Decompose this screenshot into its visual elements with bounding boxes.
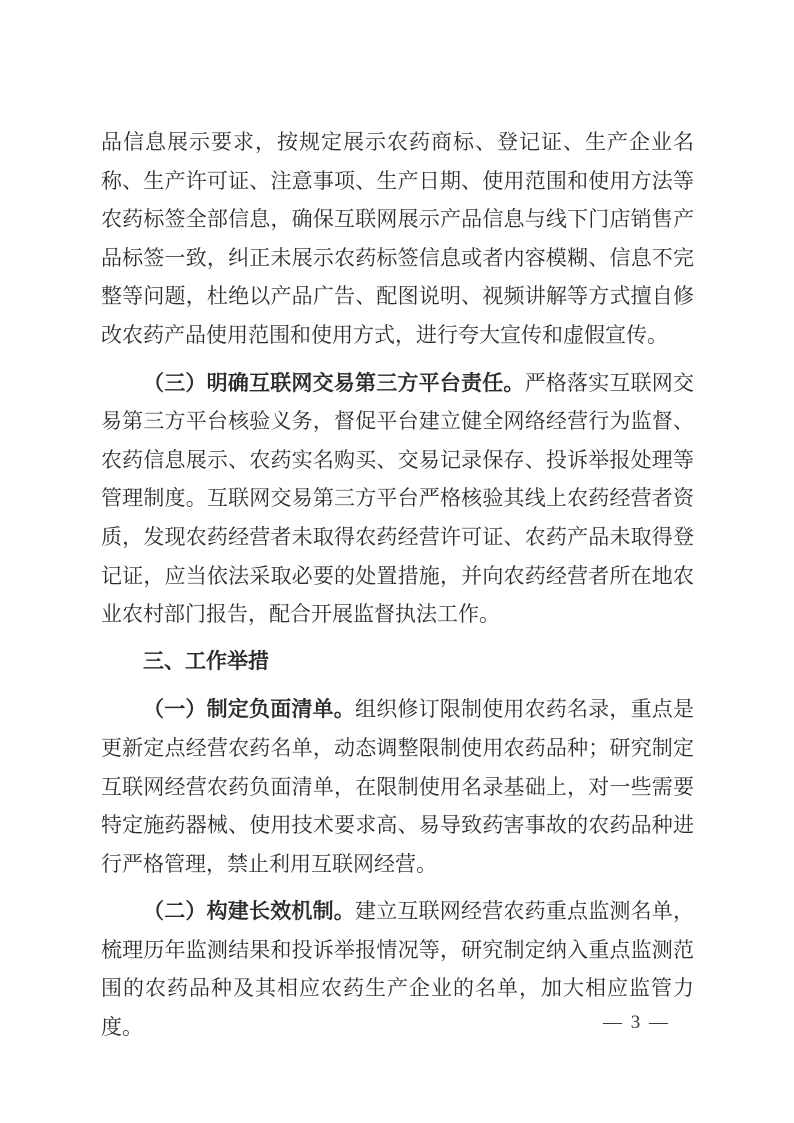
paragraph-lead: （二）构建长效机制。 — [143, 899, 355, 923]
paragraph-item-1: （一）制定负面清单。组织修订限制使用农药名录，重点是更新定点经营农药名单，动态调… — [101, 690, 694, 883]
page-footer: — 3 — — [603, 1012, 670, 1034]
paragraph-text: 严格落实互联网交易第三方平台核验义务，督促平台建立健全网络经营行为监督、农药信息… — [101, 371, 694, 627]
document-body: 品信息展示要求，按规定展示农药商标、登记证、生产企业名称、生产许可证、注意事项、… — [101, 123, 694, 1056]
page-number: — 3 — — [603, 1012, 670, 1033]
paragraph-text: 组织修订限制使用农药名录，重点是更新定点经营农药名单，动态调整限制使用农药品种；… — [101, 697, 694, 875]
paragraph-continuation: 品信息展示要求，按规定展示农药商标、登记证、生产企业名称、生产许可证、注意事项、… — [101, 123, 694, 355]
document-page: 品信息展示要求，按规定展示农药商标、登记证、生产企业名称、生产许可证、注意事项、… — [0, 0, 794, 1123]
paragraph-lead: （一）制定负面清单。 — [143, 697, 355, 721]
paragraph-item-3: （三）明确互联网交易第三方平台责任。严格落实互联网交易第三方平台核验义务，督促平… — [101, 364, 694, 634]
section-heading: 三、工作举措 — [101, 643, 694, 682]
paragraph-lead: （三）明确互联网交易第三方平台责任。 — [143, 371, 525, 395]
